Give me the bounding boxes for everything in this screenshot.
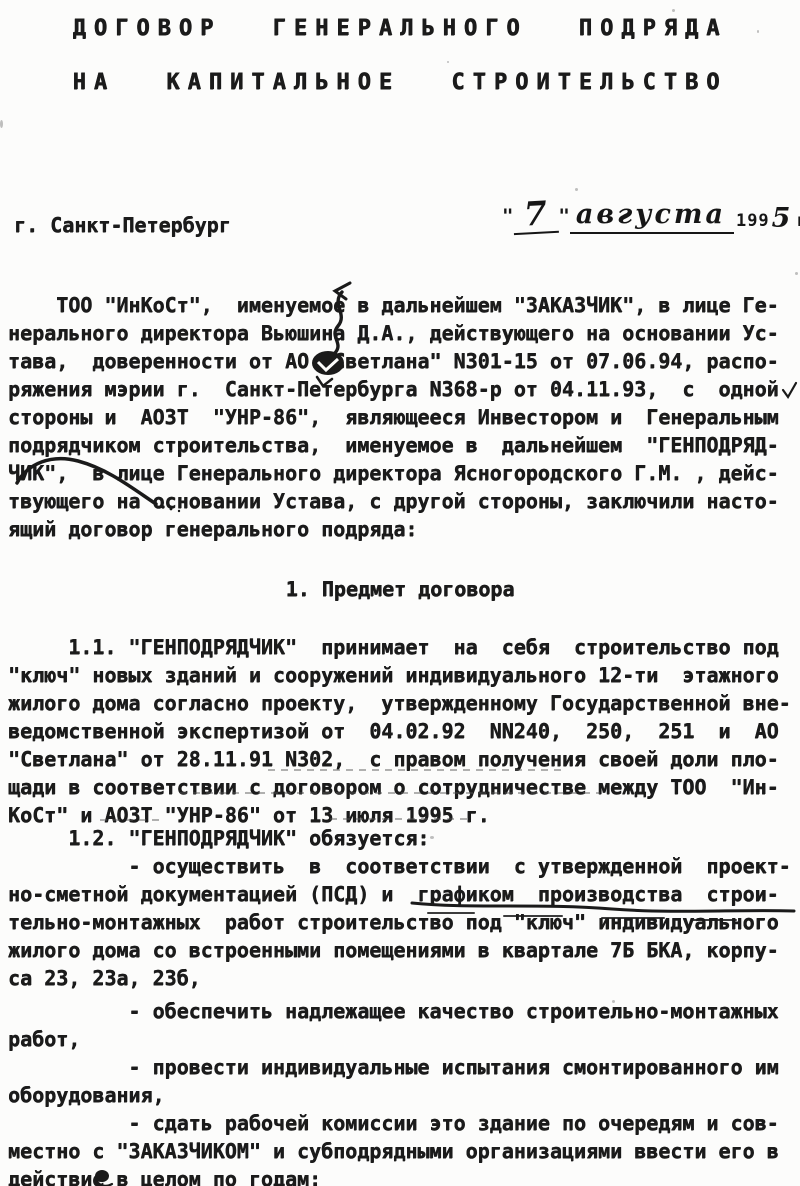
scan-speck	[0, 120, 3, 128]
handwritten-date: " 7 " августа 199 5 г. ✓	[502, 197, 800, 234]
scan-speck	[575, 188, 578, 191]
typed-year-prefix: 199	[734, 213, 770, 234]
scan-speck	[447, 61, 449, 63]
dateline-city: г. Санкт-Петербург	[14, 211, 231, 239]
document-title-line2: НА КАПИТАЛЬНОЕ СТРОИТЕЛЬСТВО	[0, 70, 800, 95]
preamble-paragraph: ТОО "ИнКоСт", именуемое в дальнейшем "ЗА…	[8, 291, 779, 543]
scanned-contract-page: ДОГОВОР ГЕНЕРАЛЬНОГО ПОДРЯДА НА КАПИТАЛЬ…	[0, 0, 800, 1186]
obligation-item-quality: - обеспечить надлежащее качество строите…	[8, 997, 779, 1053]
scan-speck	[672, 9, 675, 12]
obligation-item-tests: - провести индивидуальные испытания смон…	[8, 1053, 779, 1109]
obligation-item-handover: - сдать рабочей комиссии это здание по о…	[8, 1109, 779, 1186]
section-1-heading: 1. Предмет договора	[0, 577, 800, 601]
clause-1-1-paragraph: 1.1. "ГЕНПОДРЯДЧИК" принимает на себя ст…	[8, 633, 791, 829]
date-close-quote: "	[558, 207, 569, 234]
pen-tick-annotation	[783, 383, 796, 397]
handwritten-month: августа	[570, 201, 734, 234]
scan-speck	[612, 1000, 615, 1003]
scan-speck	[795, 272, 798, 275]
scan-speck	[757, 30, 759, 33]
handwritten-day: 7	[513, 196, 560, 235]
handwritten-year-digit: 5	[770, 205, 793, 234]
scan-speck	[430, 836, 434, 839]
obligation-item-build: - осуществить в соответствии с утвержден…	[8, 852, 791, 992]
clause-1-2-intro: 1.2. "ГЕНПОДРЯДЧИК" обязуется:	[8, 824, 429, 852]
year-suffix: г.	[792, 213, 800, 234]
document-title-line1: ДОГОВОР ГЕНЕРАЛЬНОГО ПОДРЯДА	[0, 16, 800, 41]
date-open-quote: "	[502, 207, 513, 234]
